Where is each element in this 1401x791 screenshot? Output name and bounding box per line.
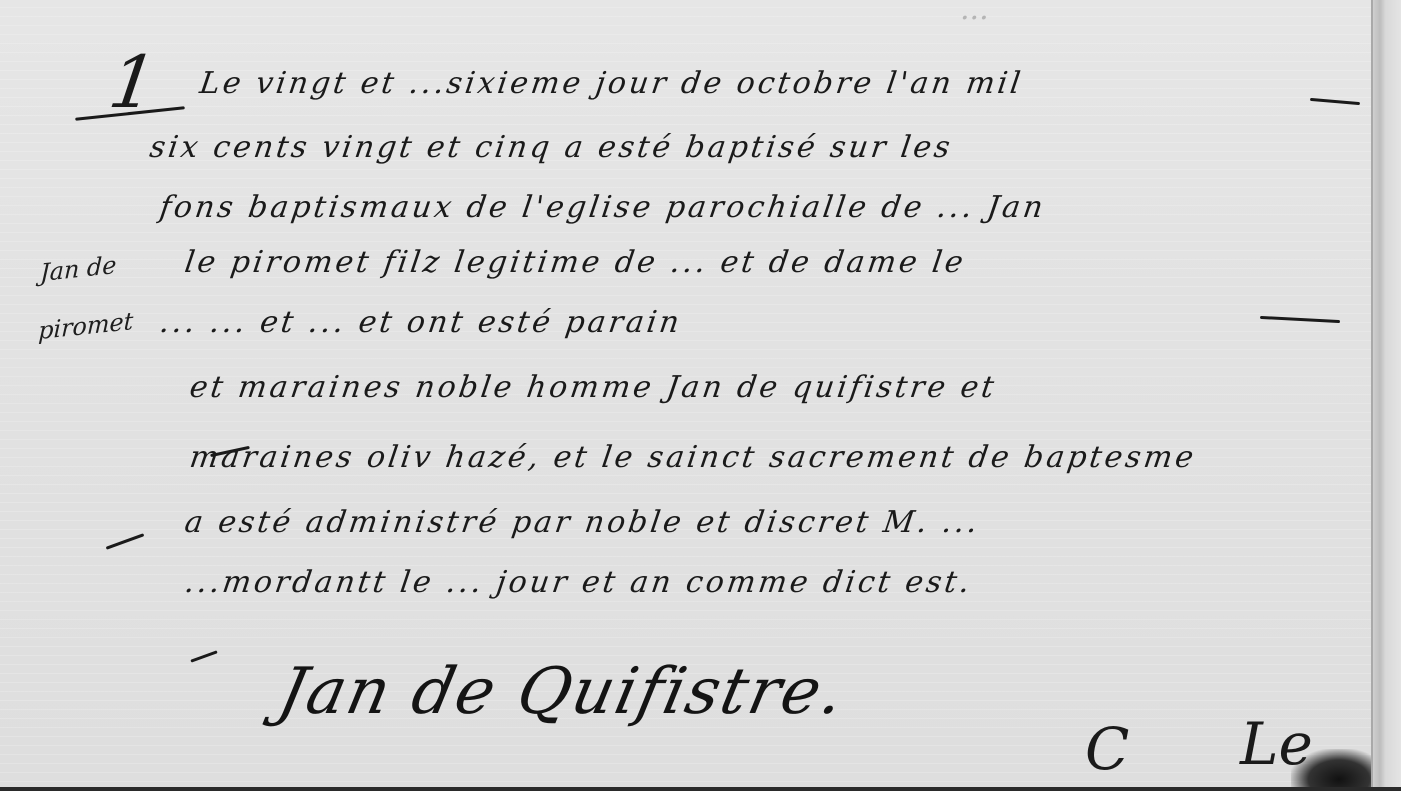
document-scan: ... 1 Le vingt et ...sixieme jour de oct… (0, 0, 1401, 791)
faint-bleedthrough-text: ... (960, 0, 989, 27)
record-line-1: Le vingt et ...sixieme jour de octobre l… (198, 66, 1026, 101)
margin-note-line-3: piromet (38, 307, 134, 345)
record-line-6: et maraines noble homme Jan de quifistre… (188, 370, 999, 405)
margin-dash (190, 650, 217, 662)
signature: Jan de Quifistre. (272, 655, 852, 729)
record-line-2: six cents vingt et cinq a esté baptisé s… (148, 130, 956, 165)
margin-dash (106, 533, 145, 549)
record-line-7: maraines oliv hazé, et le sainct sacreme… (188, 440, 1199, 475)
record-line-5: ... ... et ... et ont esté parain (158, 305, 685, 340)
record-line-8: a esté administré par noble et discret M… (183, 505, 983, 540)
bottom-fragment-1: C (1085, 715, 1129, 783)
record-line-9: ...mordantt le ... jour et an comme dict… (183, 565, 975, 600)
page-gutter-edge (1371, 0, 1401, 791)
ink-blot (1291, 749, 1371, 787)
record-line-3: fons baptismaux de l'eglise parochialle … (158, 190, 1048, 225)
line-end-flourish (1310, 98, 1360, 105)
scan-bottom-border (0, 787, 1401, 791)
record-line-4: le piromet filz legitime de ... et de da… (183, 245, 969, 280)
line-end-flourish (1260, 316, 1340, 323)
margin-note-line-1: Jan de (40, 251, 117, 287)
